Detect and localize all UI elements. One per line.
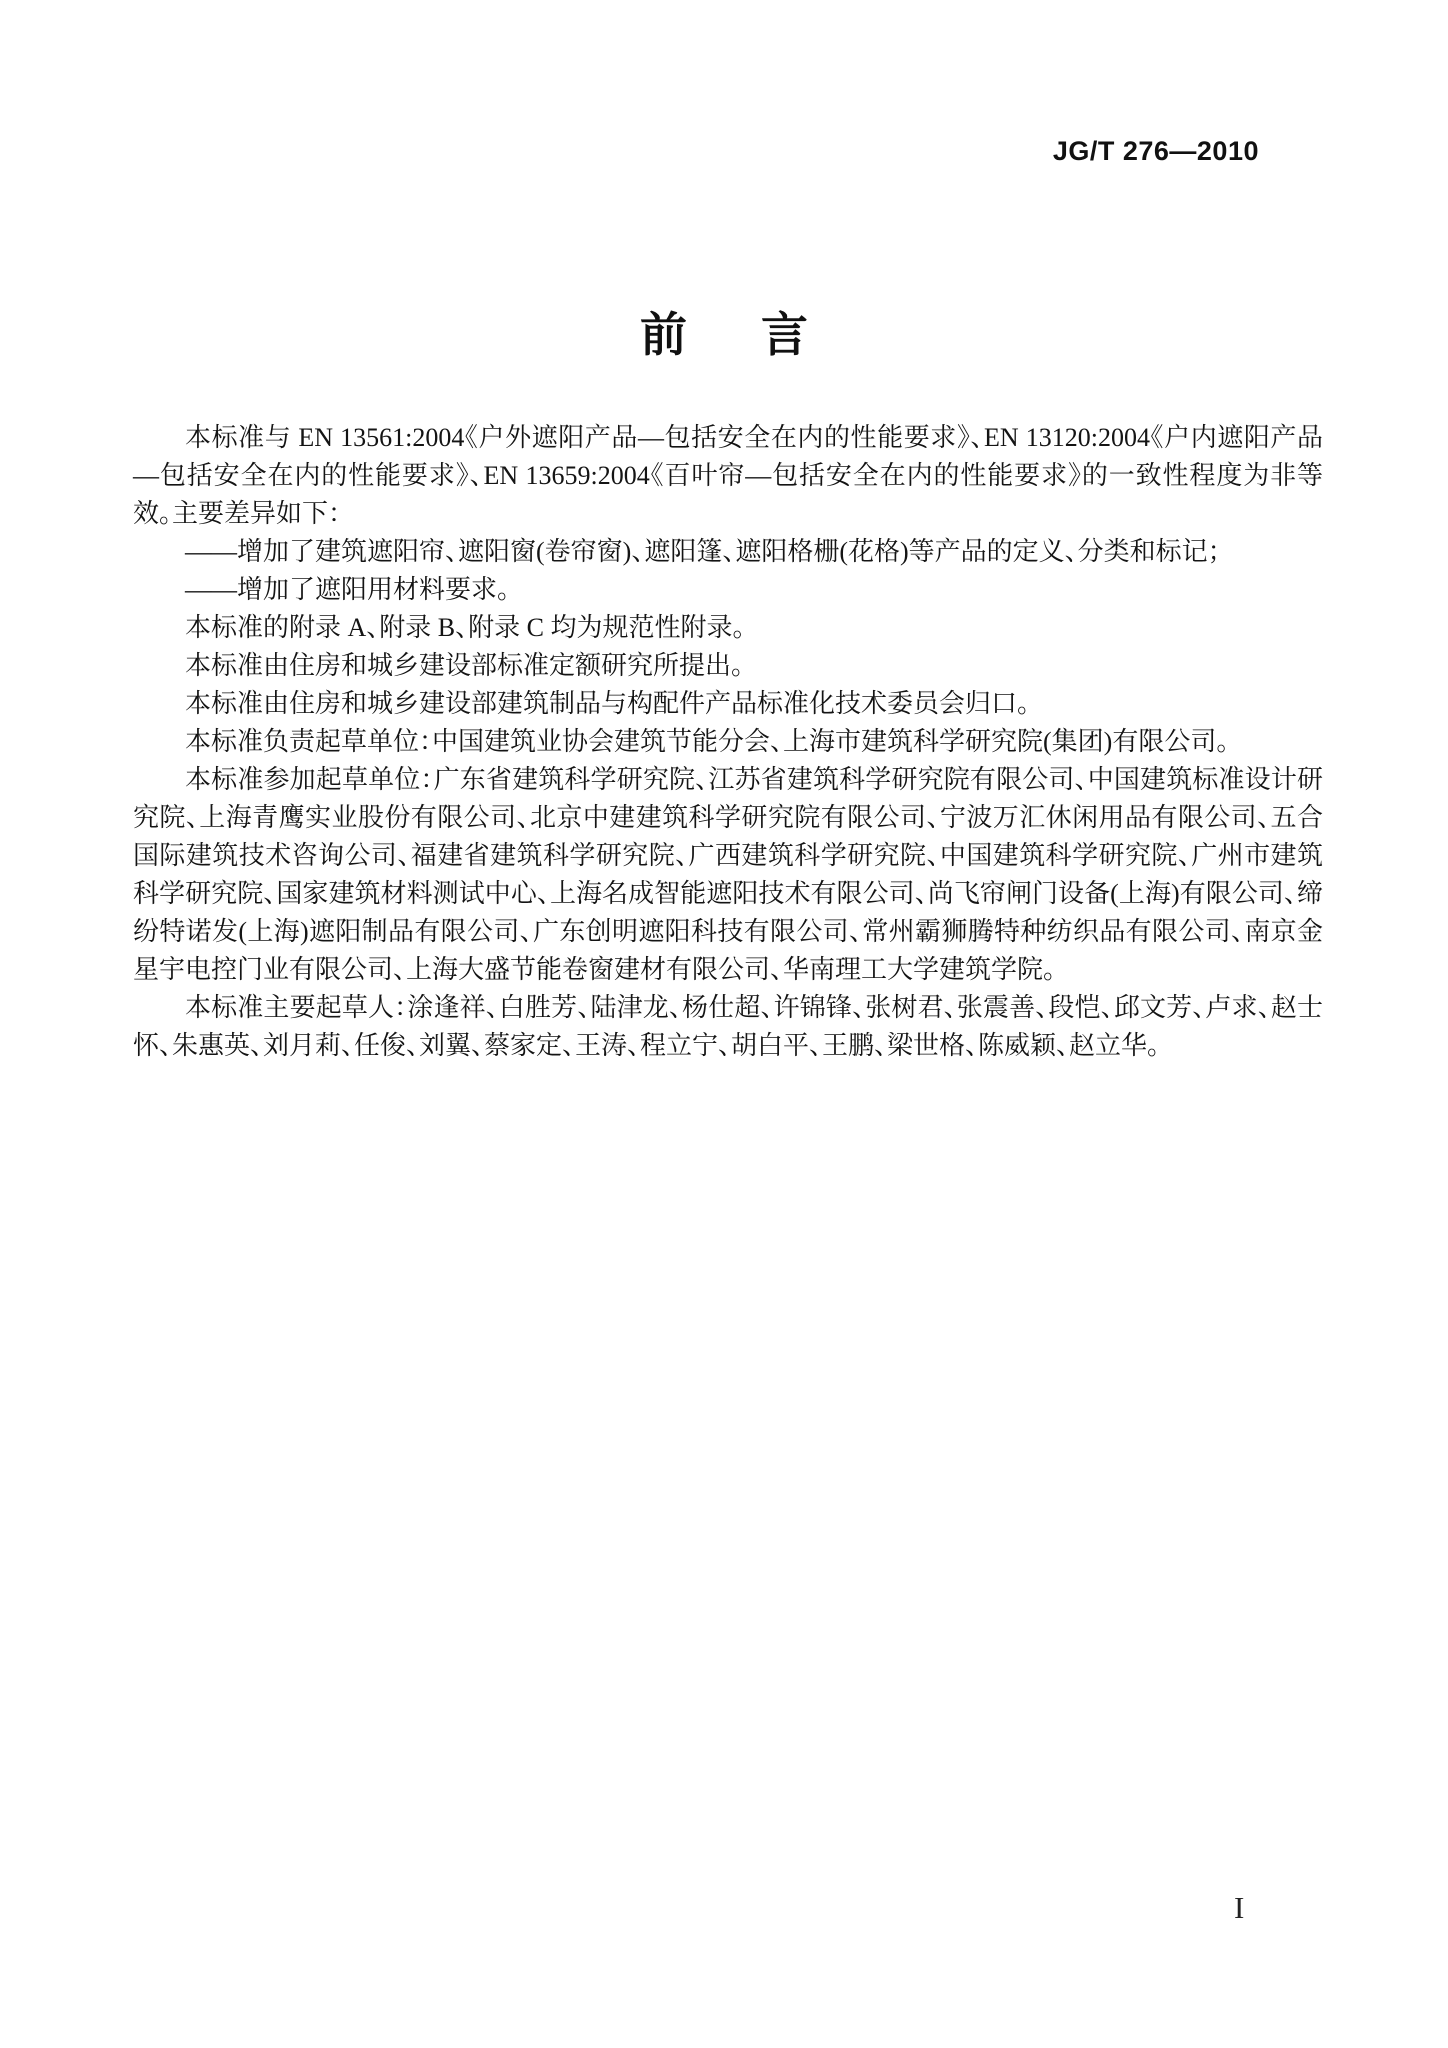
foreword-paragraph-participating-units: 本标准参加起草单位：广东省建筑科学研究院、江苏省建筑科学研究院有限公司、中国建筑… [133,761,1323,989]
page-number: I [1234,1890,1244,1926]
foreword-paragraph-committee: 本标准由住房和城乡建设部建筑制品与构配件产品标准化技术委员会归口。 [133,685,1323,723]
foreword-paragraph-main-drafters: 本标准主要起草人：涂逢祥、白胜芳、陆津龙、杨仕超、许锦锋、张树君、张震善、段恺、… [133,989,1323,1065]
foreword-text-block: 本标准与 EN 13561:2004《户外遮阳产品—包括安全在内的性能要求》、E… [133,419,1323,1065]
foreword-dash-item-definitions: ——增加了建筑遮阳帘、遮阳窗(卷帘窗)、遮阳篷、遮阳格栅(花格)等产品的定义、分… [133,533,1323,571]
page-title: 前言 [0,308,1448,362]
foreword-paragraph-proposer: 本标准由住房和城乡建设部标准定额研究所提出。 [133,647,1323,685]
page-title-char-1: 前 [640,308,687,362]
foreword-paragraph-intro: 本标准与 EN 13561:2004《户外遮阳产品—包括安全在内的性能要求》、E… [133,419,1323,533]
foreword-dash-item-materials: ——增加了遮阳用材料要求。 [133,571,1323,609]
foreword-paragraph-annexes: 本标准的附录 A、附录 B、附录 C 均为规范性附录。 [133,609,1323,647]
page-title-char-2: 言 [761,308,808,362]
foreword-paragraph-lead-drafters: 本标准负责起草单位：中国建筑业协会建筑节能分会、上海市建筑科学研究院(集团)有限… [133,723,1323,761]
document-page: JG/T 276—2010 前言 本标准与 EN 13561:2004《户外遮阳… [0,0,1448,2048]
standard-code-header: JG/T 276—2010 [133,136,1323,167]
